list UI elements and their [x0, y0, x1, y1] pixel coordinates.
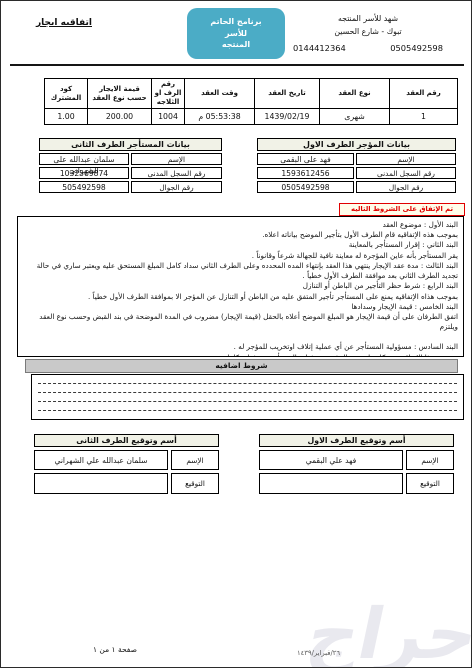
tenant-mobile-row: رقم الجوال 505492598 [39, 181, 222, 193]
terms-box: البند الأول : موضوع العقد بموجب هذه الإت… [17, 216, 464, 357]
td-contract-date: 1439/02/19 [255, 109, 320, 125]
term-line-7: بموجب هذاه الإتفاقيه يمنع على المستأجر ت… [23, 292, 458, 302]
th-shelf-number: رقم الرف او الثلاجه [152, 79, 185, 109]
tenant-civil-id-label: رقم السجل المدنى [131, 167, 222, 179]
tenant-title: بيانات المستأجر الطرف الثانى [39, 138, 222, 151]
dashed-line [38, 392, 457, 393]
th-rent-value: قيمة الايجار حسب نوع العقد [88, 79, 152, 109]
tenant-civil-id-value: 1032569874 [39, 167, 129, 179]
signature-first-sign-row: التوقيع [259, 473, 454, 494]
td-contract-time: 05:53:38 م [185, 109, 255, 125]
org-phone-secondary: 0505492598 [390, 43, 443, 53]
tenant-name-value: سلمان عبدالله على الشهرانى [39, 153, 129, 165]
lessor-mobile-value: 0505492598 [257, 181, 354, 193]
term-line-10: البند السادس : مسؤولية المستأجر عن أي عم… [23, 342, 458, 352]
org-name: شهد للأسر المنتجه [293, 12, 443, 25]
additional-terms-box [31, 374, 464, 420]
program-logo-line-2: للأسر [225, 28, 247, 40]
signature-first-sign-label: التوقيع [406, 473, 454, 494]
td-contract-type: شهرى [320, 109, 390, 125]
tenant-info-table: بيانات المستأجر الطرف الثانى الإسم سلمان… [39, 138, 222, 195]
td-rent-value: 200.00 [88, 109, 152, 125]
dashed-line [38, 383, 457, 384]
program-logo-line-3: المنتجه [222, 39, 250, 51]
doc-title: اتفاقيه ايجار [36, 18, 92, 28]
lessor-name-label: الإسم [356, 153, 456, 165]
header-divider [10, 64, 464, 66]
dashed-line [38, 401, 457, 402]
signature-second-name-row: الإسم سلمان عبدالله علي الشهراني [34, 450, 219, 470]
contract-table: رقم العقد نوع العقد تاريخ العقد وقت العق… [44, 78, 458, 125]
lessor-info-table: بيانات المؤجر الطرف الاول الإسم فهد على … [257, 138, 456, 195]
signature-second-name-label: الإسم [171, 450, 219, 470]
term-line-6: البند الرابع : شرط حظر التأجير من الباطن… [23, 281, 458, 291]
document-page: اتفاقيه ايجار برنامج الحاتم للأسر المنتج… [0, 0, 472, 668]
tenant-name-label: الإسم [131, 153, 222, 165]
lessor-title: بيانات المؤجر الطرف الاول [257, 138, 456, 151]
org-phones: 0144412364 0505492598 [293, 43, 443, 53]
lessor-civil-id-value: 1593612456 [257, 167, 354, 179]
tenant-name-row: الإسم سلمان عبدالله على الشهرانى [39, 153, 222, 165]
tenant-mobile-value: 505492598 [39, 181, 129, 193]
contract-header-row: رقم العقد نوع العقد تاريخ العقد وقت العق… [45, 79, 458, 109]
lessor-civil-id-row: رقم السجل المدنى 1593612456 [257, 167, 456, 179]
term-line-2: بموجب هذه الإتفاقيه قام الطرف الأول بتأج… [23, 230, 458, 240]
td-shelf-number: 1004 [152, 109, 185, 125]
th-contract-number: رقم العقد [390, 79, 458, 109]
td-contract-number: 1 [390, 109, 458, 125]
dashed-line [38, 410, 457, 411]
signature-first-party: أسم وتوقيع الطرف الاول الإسم فهد علي الب… [259, 434, 454, 497]
th-contract-date: تاريخ العقد [255, 79, 320, 109]
th-contract-time: وقت العقد [185, 79, 255, 109]
signature-first-name-value: فهد علي البقمي [259, 450, 403, 470]
contract-value-row: 1 شهرى 1439/02/19 05:53:38 م 1004 200.00… [45, 109, 458, 125]
term-line-11: بموجب هذا الاتفاقيه تعد كل مايحتويه المؤ… [23, 353, 458, 357]
program-logo-box: برنامج الحاتم للأسر المنتجه [187, 8, 285, 59]
org-block: شهد للأسر المنتجه تبوك - شارع الحسين [293, 12, 443, 39]
term-line-8: البند الخامس : قيمة الإيجار وسدادها [23, 302, 458, 312]
tenant-civil-id-row: رقم السجل المدنى 1032569874 [39, 167, 222, 179]
th-contract-type: نوع العقد [320, 79, 390, 109]
signature-second-sign-label: التوقيع [171, 473, 219, 494]
term-line-9: اتفق الطرفان على أن قيمة الإيجار هو المب… [23, 312, 458, 332]
additional-terms-header: شروط اضافيه [25, 359, 458, 373]
org-address: تبوك - شارع الحسين [293, 25, 443, 38]
th-subscriber-code: كود المشترك [45, 79, 88, 109]
footer-page-number: صفحة ١ من ١ [93, 645, 137, 654]
lessor-name-row: الإسم فهد على البقمى [257, 153, 456, 165]
terms-banner: تم الإتفاق على الشروط التاليه [339, 203, 465, 216]
signature-first-name-label: الإسم [406, 450, 454, 470]
program-logo-line-1: برنامج الحاتم [210, 16, 261, 28]
term-line-1: البند الأول : موضوع العقد [23, 220, 458, 230]
signature-second-sign-field [34, 473, 168, 494]
tenant-mobile-label: رقم الجوال [131, 181, 222, 193]
lessor-civil-id-label: رقم السجل المدنى [356, 167, 456, 179]
signature-second-name-value: سلمان عبدالله علي الشهراني [34, 450, 168, 470]
signature-first-name-row: الإسم فهد علي البقمي [259, 450, 454, 470]
lessor-mobile-row: رقم الجوال 0505492598 [257, 181, 456, 193]
signature-first-title: أسم وتوقيع الطرف الاول [259, 434, 454, 447]
td-subscriber-code: 1.00 [45, 109, 88, 125]
signature-second-sign-row: التوقيع [34, 473, 219, 494]
lessor-name-value: فهد على البقمى [257, 153, 354, 165]
lessor-mobile-label: رقم الجوال [356, 181, 456, 193]
term-line-3: البند الثاني : إقرار المستأجر بالمعاينة [23, 240, 458, 250]
term-line-4: يقر المستأجر بأنه عاين المؤجرة له معاينة… [23, 251, 458, 261]
signature-second-title: أسم وتوقيع الطرف الثانى [34, 434, 219, 447]
signature-first-sign-field [259, 473, 403, 494]
footer-date: ٢٦/فبراير/١٤٣٩ [297, 649, 340, 657]
org-phone-primary: 0144412364 [293, 43, 346, 53]
signature-second-party: أسم وتوقيع الطرف الثانى الإسم سلمان عبدا… [34, 434, 219, 497]
term-line-5: البند الثالث : مدة عقد الإيجار ينتهي هذا… [23, 261, 458, 281]
